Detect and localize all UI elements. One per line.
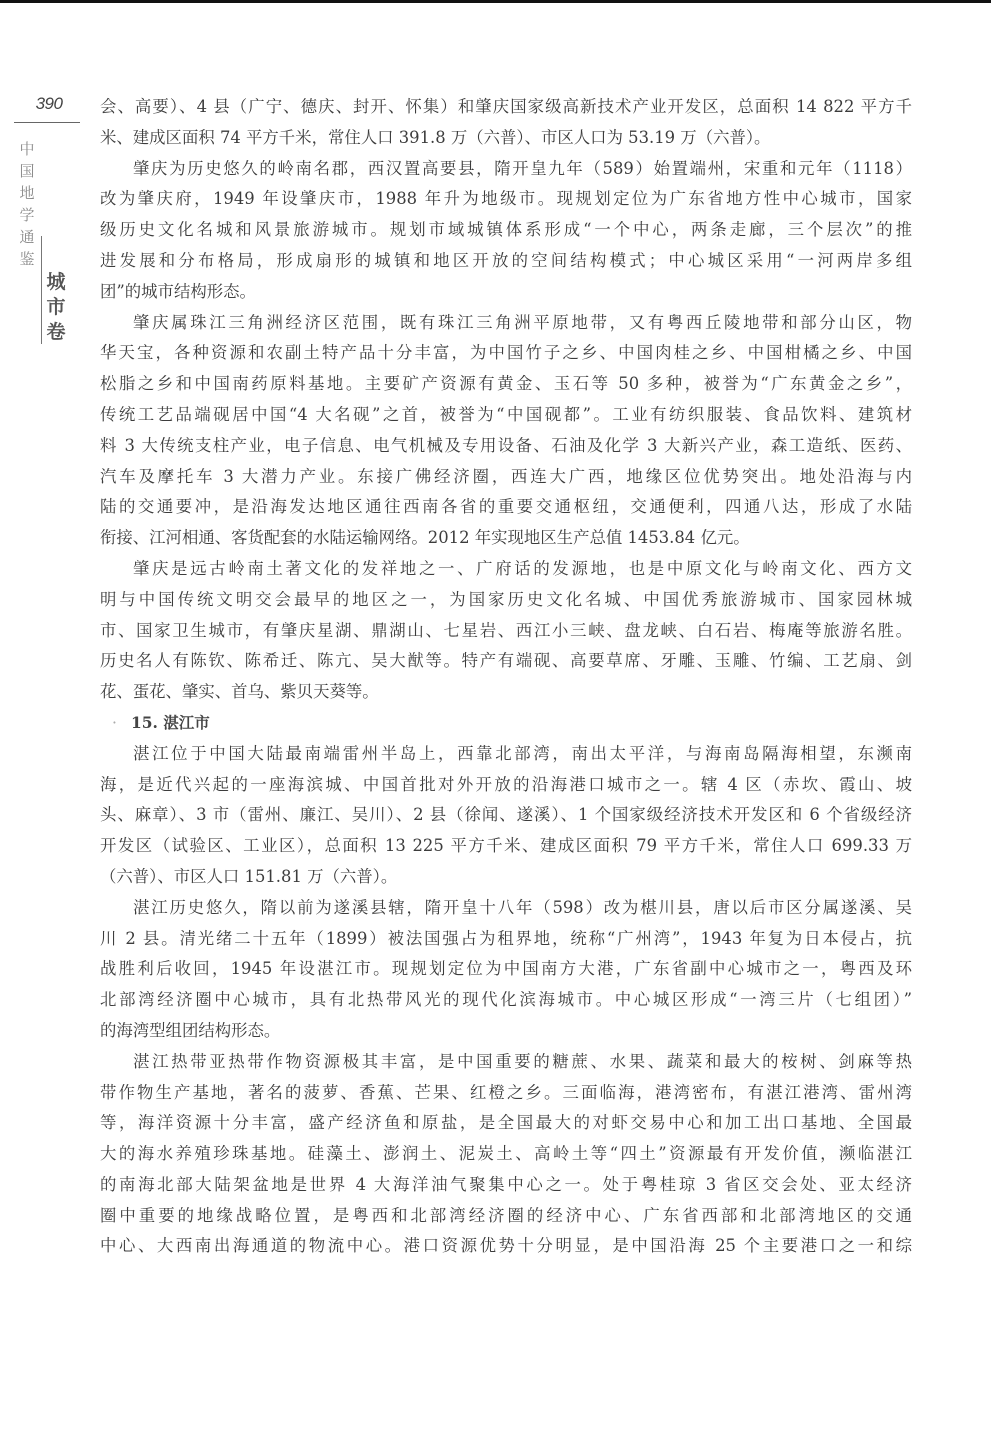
text-line: 会、高要）、4 县（广宁、德庆、封开、怀集）和肇庆国家级高新技术产业开发区，总面… xyxy=(100,92,912,123)
paragraph-zhanjiang-location: 湛江位于中国大陆最南端雷州半岛上，西靠北部湾，南出太平洋，与海南岛隔海相望，东濒… xyxy=(100,739,912,893)
text-line: 带作物生产基地，著名的菠萝、香蕉、芒果、红橙之乡。三面临海，港湾密布，有湛江港湾… xyxy=(100,1078,912,1109)
margin-dot: · xyxy=(112,714,117,732)
series-title-char: 鉴 xyxy=(18,248,36,270)
text-line: 北部湾经济圈中心城市，具有北热带风光的现代化滨海城市。中心城区形成“一湾三片（七… xyxy=(100,985,912,1016)
text-line: 花、蛋花、肇实、首乌、紫贝天葵等。 xyxy=(100,677,912,708)
volume-divider-rule xyxy=(41,236,42,344)
section-heading-zhanjiang: ·15. 湛江市 xyxy=(100,708,912,739)
paragraph-zhaoqing-history: 肇庆为历史悠久的岭南名郡，西汉置高要县，隋开皇九年（589）始置端州，宋重和元年… xyxy=(100,154,912,308)
text-line: 大的海水养殖珍珠基地。硅藻土、澎润土、泥炭土、高岭土等“四土”资源最有开发价值，… xyxy=(100,1139,912,1170)
text-line: 头、麻章）、3 市（雷州、廉江、吴川）、2 县（徐闻、遂溪）、1 个国家级经济技… xyxy=(100,800,912,831)
text-line: 衔接、江河相通、客货配套的水陆运输网络。2012 年实现地区生产总值 1453.… xyxy=(100,523,912,554)
series-title-char: 通 xyxy=(18,226,36,248)
text-line: 等，海洋资源十分丰富，盛产经济鱼和原盐，是全国最大的对虾交易中心和加工出口基地、… xyxy=(100,1108,912,1139)
text-line: 市、国家卫生城市，有肇庆星湖、鼎湖山、七星岩、西江小三峡、盘龙峡、白石岩、梅庵等… xyxy=(100,616,912,647)
text-line: 肇庆属珠江三角洲经济区范围，既有珠江三角洲平原地带，又有粤西丘陵地带和部分山区，… xyxy=(100,308,912,339)
volume-title-char: 市 xyxy=(45,295,67,320)
page-number: 390 xyxy=(31,94,67,114)
text-line: 海，是近代兴起的一座海滨城、中国首批对外开放的沿海港口城市之一。辖 4 区（赤坎… xyxy=(100,770,912,801)
text-line: 湛江热带亚热带作物资源极其丰富，是中国重要的糖蔗、水果、蔬菜和最大的桉树、剑麻等… xyxy=(100,1047,912,1078)
series-title-char: 国 xyxy=(18,160,36,182)
text-line: 肇庆为历史悠久的岭南名郡，西汉置高要县，隋开皇九年（589）始置端州，宋重和元年… xyxy=(100,154,912,185)
series-title-char: 学 xyxy=(18,204,36,226)
top-border-rule xyxy=(0,0,991,3)
series-title-char: 中 xyxy=(18,138,36,160)
text-line: 湛江位于中国大陆最南端雷州半岛上，西靠北部湾，南出太平洋，与海南岛隔海相望，东濒… xyxy=(100,739,912,770)
text-line: 料 3 大传统支柱产业，电子信息、电气机械及专用设备、石油及化学 3 大新兴产业… xyxy=(100,431,912,462)
series-title-char: 地 xyxy=(18,182,36,204)
text-line: 米、建成区面积 74 平方千米，常住人口 391.8 万（六普）、市区人口为 5… xyxy=(100,123,912,154)
paragraph-zhaoqing-culture: 肇庆是远古岭南土著文化的发祥地之一、广府话的发源地，也是中原文化与岭南文化、西方… xyxy=(100,554,912,708)
text-line: 改为肇庆府，1949 年设肇庆市，1988 年升为地级市。现规划定位为广东省地方… xyxy=(100,184,912,215)
text-line: 松脂之乡和中国南药原料基地。主要矿产资源有黄金、玉石等 50 多种，被誉为“广东… xyxy=(100,369,912,400)
text-line: 团”的城市结构形态。 xyxy=(100,277,912,308)
series-title-vertical: 中 国 地 学 通 鉴 xyxy=(18,138,36,270)
text-line: 战胜利后收回，1945 年设湛江市。现规划定位为中国南方大港，广东省副中心城市之… xyxy=(100,954,912,985)
text-line: 传统工艺品端砚居中国“4 大名砚”之首，被誉为“中国砚都”。工业有纺织服装、食品… xyxy=(100,400,912,431)
text-line: 川 2 县。清光绪二十五年（1899）被法国强占为租界地，统称“广州湾”，194… xyxy=(100,924,912,955)
text-line: 的海湾型组团结构形态。 xyxy=(100,1016,912,1047)
volume-title-char: 城 xyxy=(45,270,67,295)
text-line: （六普）、市区人口 151.81 万（六普）。 xyxy=(100,862,912,893)
volume-title-vertical: 城 市 卷 xyxy=(45,270,67,345)
text-line: 历史名人有陈钦、陈希迁、陈亢、吴大猷等。特产有端砚、高要草席、牙雕、玉雕、竹编、… xyxy=(100,646,912,677)
text-line: 湛江历史悠久，隋以前为遂溪县辖，隋开皇十八年（598）改为椹川县，唐以后市区分属… xyxy=(100,893,912,924)
section-heading-text: 15. 湛江市 xyxy=(131,713,210,732)
text-line: 陆的交通要冲，是沿海发达地区通往西南各省的重要交通枢纽，交通便利，四通八达，形成… xyxy=(100,492,912,523)
text-line: 华天宝，各种资源和农副土特产品十分丰富，为中国竹子之乡、中国肉桂之乡、中国柑橘之… xyxy=(100,338,912,369)
text-line: 级历史文化名城和风景旅游城市。规划市域城镇体系形成“一个中心，两条走廊，三个层次… xyxy=(100,215,912,246)
text-line: 肇庆是远古岭南土著文化的发祥地之一、广府话的发源地，也是中原文化与岭南文化、西方… xyxy=(100,554,912,585)
volume-title-char: 卷 xyxy=(45,320,67,345)
page-number-underline xyxy=(14,122,80,123)
paragraph-zhaoqing-economy: 肇庆属珠江三角洲经济区范围，既有珠江三角洲平原地带，又有粤西丘陵地带和部分山区，… xyxy=(100,308,912,554)
text-line: 圈中重要的地缘战略位置，是粤西和北部湾经济圈的经济中心、广东省西部和北部湾地区的… xyxy=(100,1201,912,1232)
text-line: 的南海北部大陆架盆地是世界 4 大海洋油气聚集中心之一。处于粤桂琼 3 省区交会… xyxy=(100,1170,912,1201)
paragraph-zhanjiang-history: 湛江历史悠久，隋以前为遂溪县辖，隋开皇十八年（598）改为椹川县，唐以后市区分属… xyxy=(100,893,912,1047)
text-line: 汽车及摩托车 3 大潜力产业。东接广佛经济圈，西连大广西，地缘区位优势突出。地处… xyxy=(100,462,912,493)
text-line: 开发区（试验区、工业区），总面积 13 225 平方千米、建成区面积 79 平方… xyxy=(100,831,912,862)
body-text: 会、高要）、4 县（广宁、德庆、封开、怀集）和肇庆国家级高新技术产业开发区，总面… xyxy=(100,92,912,1262)
paragraph-zhanjiang-resources: 湛江热带亚热带作物资源极其丰富，是中国重要的糖蔗、水果、蔬菜和最大的桉树、剑麻等… xyxy=(100,1047,912,1263)
text-line: 进发展和分布格局，形成扇形的城镇和地区开放的空间结构模式；中心城区采用“一河两岸… xyxy=(100,246,912,277)
text-line: 中心、大西南出海通道的物流中心。港口资源优势十分明显，是中国沿海 25 个主要港… xyxy=(100,1231,912,1262)
paragraph-continuation: 会、高要）、4 县（广宁、德庆、封开、怀集）和肇庆国家级高新技术产业开发区，总面… xyxy=(100,92,912,154)
text-line: 明与中国传统文明交会最早的地区之一，为国家历史文化名城、中国优秀旅游城市、国家园… xyxy=(100,585,912,616)
